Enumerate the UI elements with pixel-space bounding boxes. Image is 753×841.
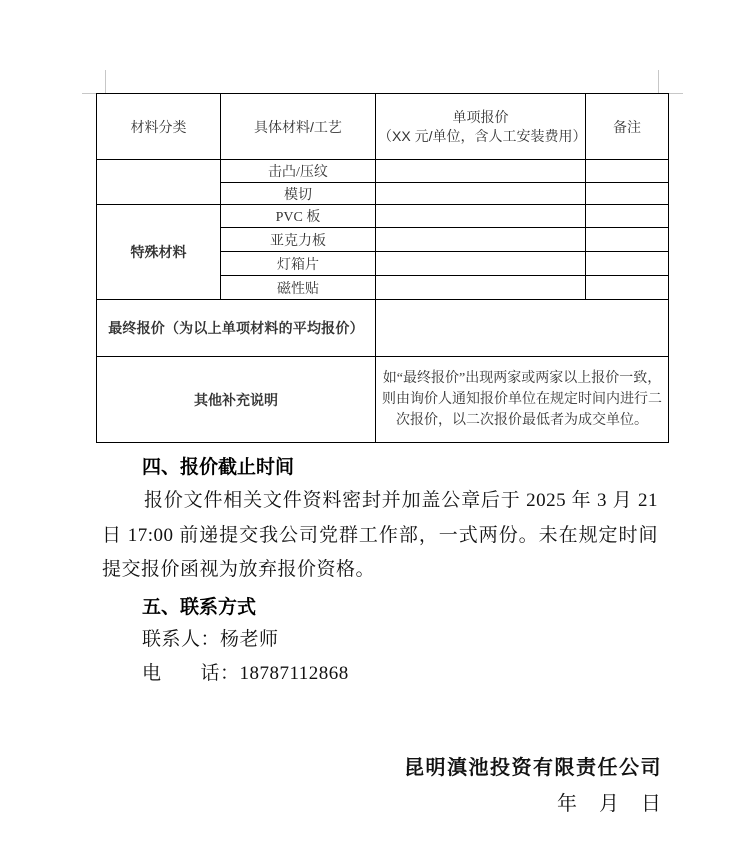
- category-cell-special-materials: 特殊材料: [97, 205, 221, 300]
- price-cell-empty: [376, 228, 586, 252]
- price-cell-empty: [376, 183, 586, 205]
- category-cell-empty: [97, 160, 221, 205]
- remark-cell-empty: [586, 205, 669, 228]
- header-unit-price: 单项报价 （XX 元/单位，含人工安装费用）: [376, 94, 586, 160]
- contact-person-line: 联系人：杨老师: [102, 624, 279, 651]
- material-cell: 击凸/压纹: [221, 160, 376, 183]
- company-name: 昆明滇池投资有限责任公司: [102, 753, 662, 783]
- material-cell: 亚克力板: [221, 228, 376, 252]
- margin-crop-mark-right-horizontal: [668, 93, 683, 94]
- section-4-heading: 四、报价截止时间: [102, 452, 658, 479]
- remark-cell-empty: [586, 276, 669, 300]
- final-quote-value-empty: [376, 300, 669, 357]
- quotation-table: 材料分类 具体材料/工艺 单项报价 （XX 元/单位，含人工安装费用） 备注 击…: [96, 93, 669, 443]
- table-header-row: 材料分类 具体材料/工艺 单项报价 （XX 元/单位，含人工安装费用） 备注: [97, 94, 669, 160]
- remark-cell-empty: [586, 228, 669, 252]
- other-notes-row: 其他补充说明 如“最终报价”出现两家或两家以上报价一致，则由询价人通知报价单位在…: [97, 357, 669, 443]
- material-cell: 磁性贴: [221, 276, 376, 300]
- section-5-heading: 五、联系方式: [102, 592, 658, 619]
- other-notes-label: 其他补充说明: [97, 357, 376, 443]
- remark-cell-empty: [586, 252, 669, 276]
- other-notes-text: 如“最终报价”出现两家或两家以上报价一致，则由询价人通知报价单位在规定时间内进行…: [376, 357, 669, 443]
- price-cell-empty: [376, 252, 586, 276]
- header-remark: 备注: [586, 94, 669, 160]
- final-quote-row: 最终报价（为以上单项材料的平均报价）: [97, 300, 669, 357]
- deadline-paragraph: 报价文件相关文件资料密封并加盖公章后于 2025 年 3 月 21 日 17:0…: [102, 484, 658, 588]
- date-line: 年 月 日: [102, 789, 662, 819]
- table-row: 特殊材料 PVC 板: [97, 205, 669, 228]
- price-cell-empty: [376, 276, 586, 300]
- header-specific-material: 具体材料/工艺: [221, 94, 376, 160]
- material-cell: 灯箱片: [221, 252, 376, 276]
- margin-crop-mark-right-vertical: [658, 70, 659, 94]
- price-cell-empty: [376, 205, 586, 228]
- material-cell: 模切: [221, 183, 376, 205]
- remark-cell-empty: [586, 160, 669, 183]
- margin-crop-mark-left-vertical: [105, 70, 106, 94]
- contact-phone-line: 电 话：18787112868: [102, 658, 349, 685]
- document-page: 材料分类 具体材料/工艺 单项报价 （XX 元/单位，含人工安装费用） 备注 击…: [0, 0, 753, 841]
- header-material-category: 材料分类: [97, 94, 221, 160]
- signature-block: 昆明滇池投资有限责任公司 年 月 日: [102, 753, 662, 819]
- final-quote-label: 最终报价（为以上单项材料的平均报价）: [97, 300, 376, 357]
- material-cell: PVC 板: [221, 205, 376, 228]
- remark-cell-empty: [586, 183, 669, 205]
- price-cell-empty: [376, 160, 586, 183]
- margin-crop-mark-left-horizontal: [82, 93, 97, 94]
- table-row: 击凸/压纹: [97, 160, 669, 183]
